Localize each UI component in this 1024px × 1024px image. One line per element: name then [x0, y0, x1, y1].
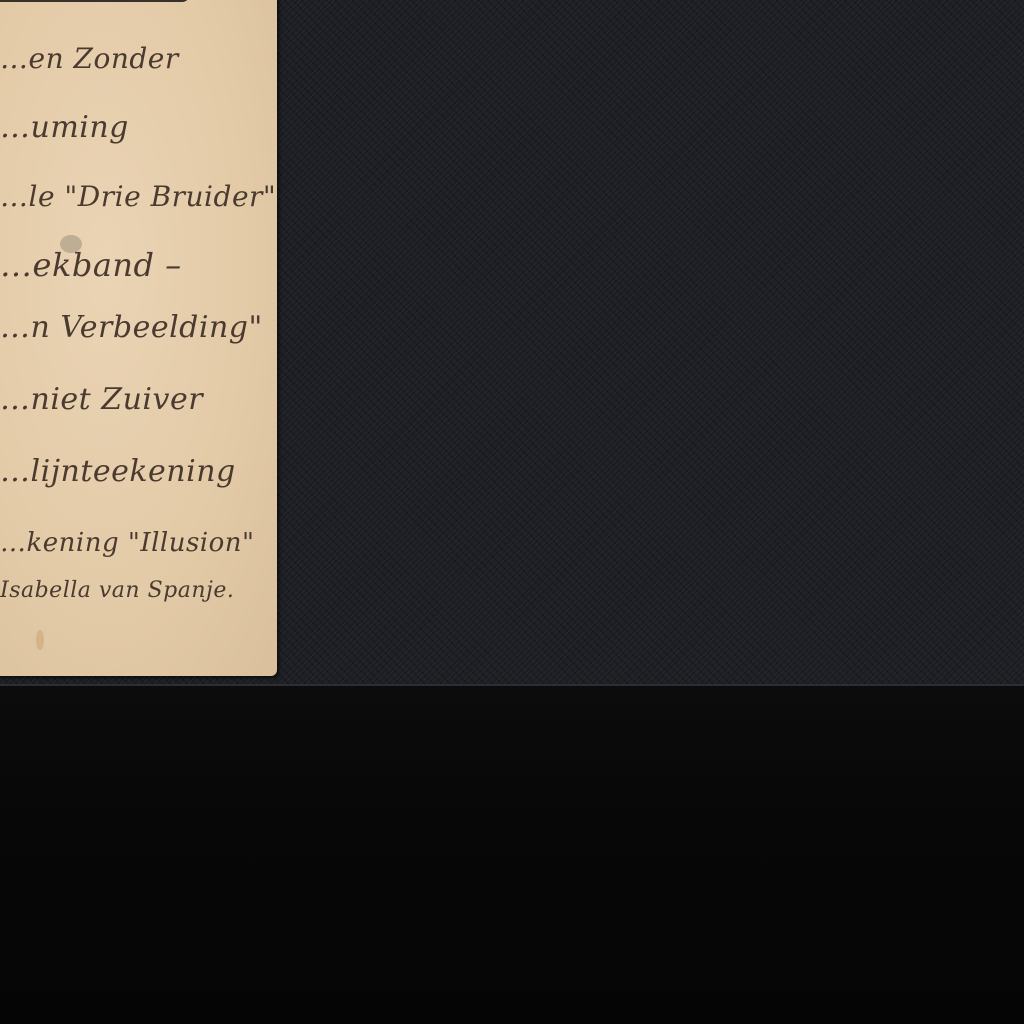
handwriting-line: …niet Zuiver: [0, 382, 203, 417]
velvet-band: [0, 684, 1024, 1024]
handwriting-line: …en Zonder: [0, 42, 179, 75]
handwriting-line: …lijnteekening: [0, 454, 236, 489]
ink-scribble: [0, 0, 190, 2]
handwriting-line: …kening "Illusion": [0, 528, 254, 558]
handwriting-line: Isabella van Spanje.: [0, 578, 234, 603]
handwriting-line: …le "Drie Bruider": [0, 180, 276, 213]
handwriting-line: …ekband –: [0, 246, 182, 284]
handwritten-card: …en Zonder …uming …le "Drie Bruider" …ek…: [0, 0, 277, 676]
handwriting-line: …uming: [0, 110, 129, 145]
handwriting-line: …n Verbeelding": [0, 310, 263, 345]
paper-stain: [36, 630, 44, 650]
